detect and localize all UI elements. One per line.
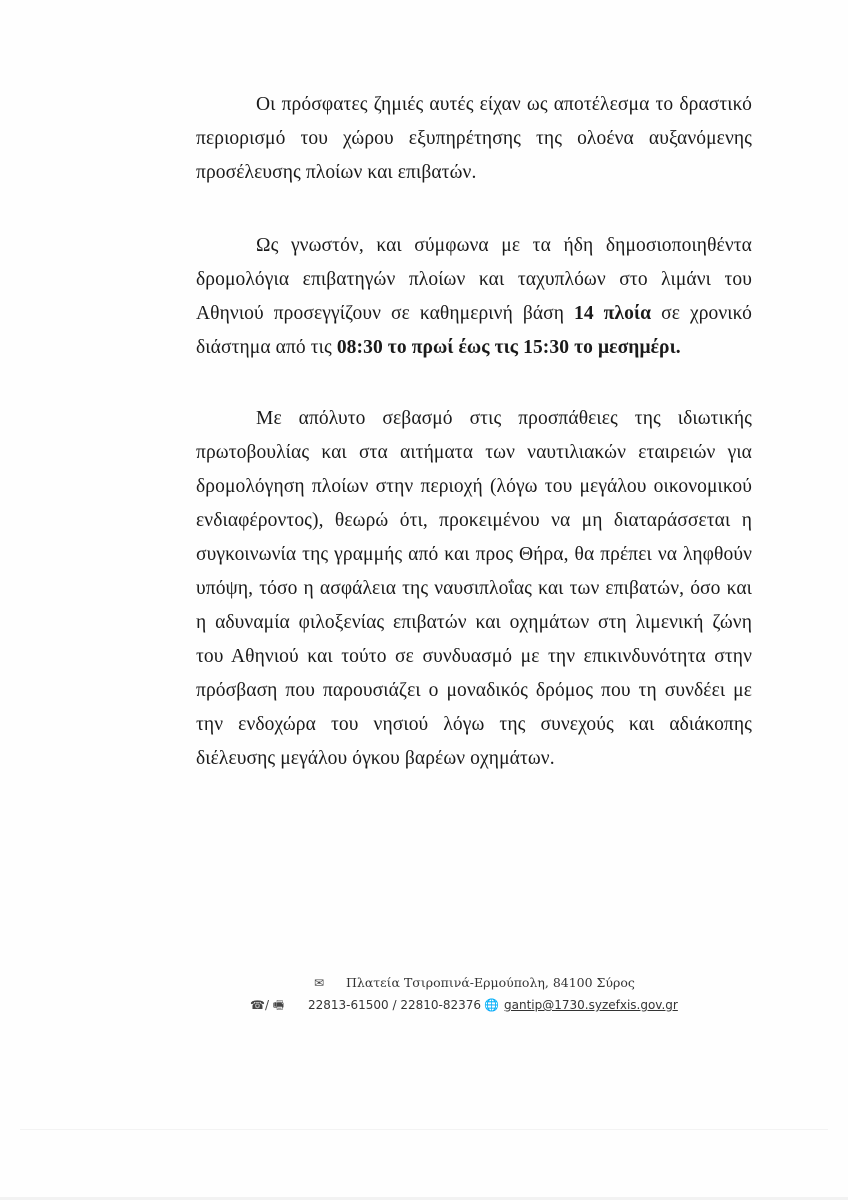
footer-contact-line: ☎/ 🖷 22813-61500 / 22810-82376 🌐 gantip@… <box>250 994 710 1016</box>
bold-text: 14 πλοία <box>574 303 651 324</box>
paragraph-safety: Με απόλυτο σεβασμό στις προσπάθειες της … <box>196 402 752 776</box>
text-segment: Με απόλυτο σεβασμό στις προσπάθειες της … <box>196 408 752 769</box>
paragraph-text: Οι πρόσφατες ζημιές αυτές είχαν ως αποτέ… <box>196 88 752 190</box>
phone-fax-icon: ☎/ 🖷 <box>250 994 284 1016</box>
paragraph-text: Ως γνωστόν, και σύμφωνα με τα ήδη δημοσι… <box>196 229 752 365</box>
bold-text: 08:30 το πρωί έως τις 15:30 το μεσημέρι. <box>337 337 681 358</box>
paragraph-text: Με απόλυτο σεβασμό στις προσπάθειες της … <box>196 402 752 776</box>
footer-address-line: ✉ Πλατεία Τσιροπινά-Ερμούπολη, 84100 Σύρ… <box>250 972 710 994</box>
letterhead-footer: ✉ Πλατεία Τσιροπινά-Ερμούπολη, 84100 Σύρ… <box>250 972 710 1016</box>
paragraph-schedules: Ως γνωστόν, και σύμφωνα με τα ήδη δημοσι… <box>196 229 752 365</box>
footer-phone-numbers: 22813-61500 / 22810-82376 <box>308 994 481 1016</box>
envelope-icon: ✉ <box>314 972 324 994</box>
text-segment: Οι πρόσφατες ζημιές αυτές είχαν ως αποτέ… <box>196 94 752 183</box>
footer-address: Πλατεία Τσιροπινά-Ερμούπολη, 84100 Σύρος <box>346 972 635 994</box>
globe-icon: 🌐 <box>484 994 499 1016</box>
paragraph-damages: Οι πρόσφατες ζημιές αυτές είχαν ως αποτέ… <box>196 88 752 190</box>
scan-artifact-line <box>20 1129 828 1130</box>
document-page: Οι πρόσφατες ζημιές αυτές είχαν ως αποτέ… <box>0 0 848 1200</box>
footer-email-link[interactable]: gantip@1730.syzefxis.gov.gr <box>504 994 678 1016</box>
